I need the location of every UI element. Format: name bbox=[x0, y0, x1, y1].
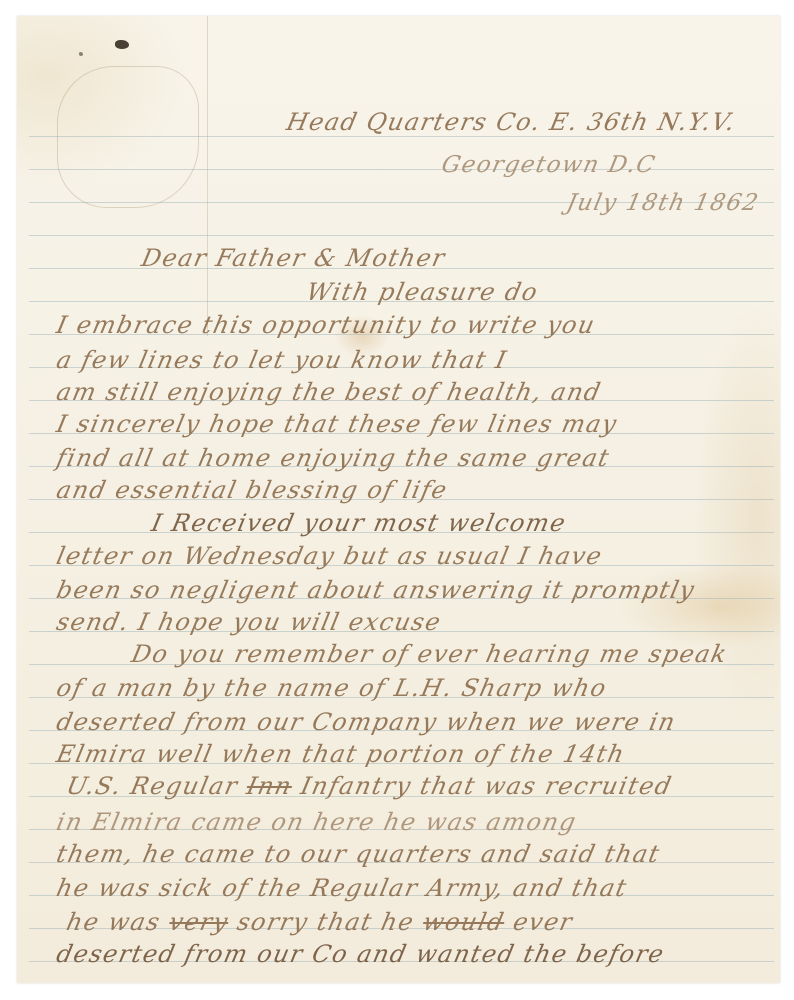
body-line: a few lines to let you know that I bbox=[54, 346, 510, 374]
salutation: Dear Father & Mother bbox=[139, 244, 448, 272]
body-line: deserted from our Co and wanted the befo… bbox=[54, 940, 667, 968]
body-line: With pleasure do bbox=[304, 278, 541, 306]
body-line: letter on Wednesday but as usual I have bbox=[54, 542, 605, 570]
letter-heading-city: Georgetown D.C bbox=[439, 152, 658, 178]
body-line: am still enjoying the best of health, an… bbox=[54, 378, 604, 406]
body-line: Elmira well when that portion of the 14t… bbox=[54, 740, 628, 768]
body-line: them, he came to our quarters and said t… bbox=[54, 840, 663, 868]
paper-tear-outline bbox=[57, 66, 199, 208]
body-line: deserted from our Company when we were i… bbox=[54, 708, 679, 736]
body-line: I embrace this opportunity to write you bbox=[54, 311, 598, 339]
body-line: he was sick of the Regular Army, and tha… bbox=[54, 874, 630, 902]
body-line: Do you remember of ever hearing me speak bbox=[129, 640, 730, 668]
body-line-sorry: he was very sorry that he would ever bbox=[64, 908, 576, 936]
letter-page: Head Quarters Co. E. 36th N.Y.V. Georget… bbox=[17, 16, 780, 983]
letter-heading-location: Head Quarters Co. E. 36th N.Y.V. bbox=[284, 108, 738, 136]
body-line: in Elmira came on here he was among bbox=[54, 808, 580, 836]
body-line: I sincerely hope that these few lines ma… bbox=[54, 410, 620, 438]
letter-heading-date: July 18th 1862 bbox=[564, 190, 761, 216]
body-line: of a man by the name of L.H. Sharp who bbox=[54, 674, 610, 702]
ink-blot bbox=[79, 52, 83, 56]
struck-text: would bbox=[420, 908, 507, 936]
body-line: I Received your most welcome bbox=[149, 509, 569, 537]
struck-text: Inn bbox=[244, 772, 295, 800]
body-line: and essential blessing of life bbox=[54, 476, 451, 504]
ruling-line bbox=[29, 235, 774, 236]
body-line: send. I hope you will excuse bbox=[54, 608, 444, 636]
fold-crease bbox=[207, 16, 208, 336]
ink-blot bbox=[115, 40, 129, 49]
text-fragment: U.S. Regular bbox=[64, 772, 250, 800]
struck-text: very bbox=[167, 908, 232, 936]
body-line: been so negligent about answering it pro… bbox=[54, 576, 698, 604]
body-line: find all at home enjoying the same great bbox=[54, 444, 613, 472]
body-line-regular-infantry: U.S. Regular Inn Infantry that was recru… bbox=[64, 772, 675, 800]
text-fragment: ever bbox=[501, 908, 576, 936]
text-fragment: he was bbox=[64, 908, 173, 936]
text-fragment: Infantry that was recruited bbox=[289, 772, 675, 800]
text-fragment: sorry that he bbox=[225, 908, 426, 936]
